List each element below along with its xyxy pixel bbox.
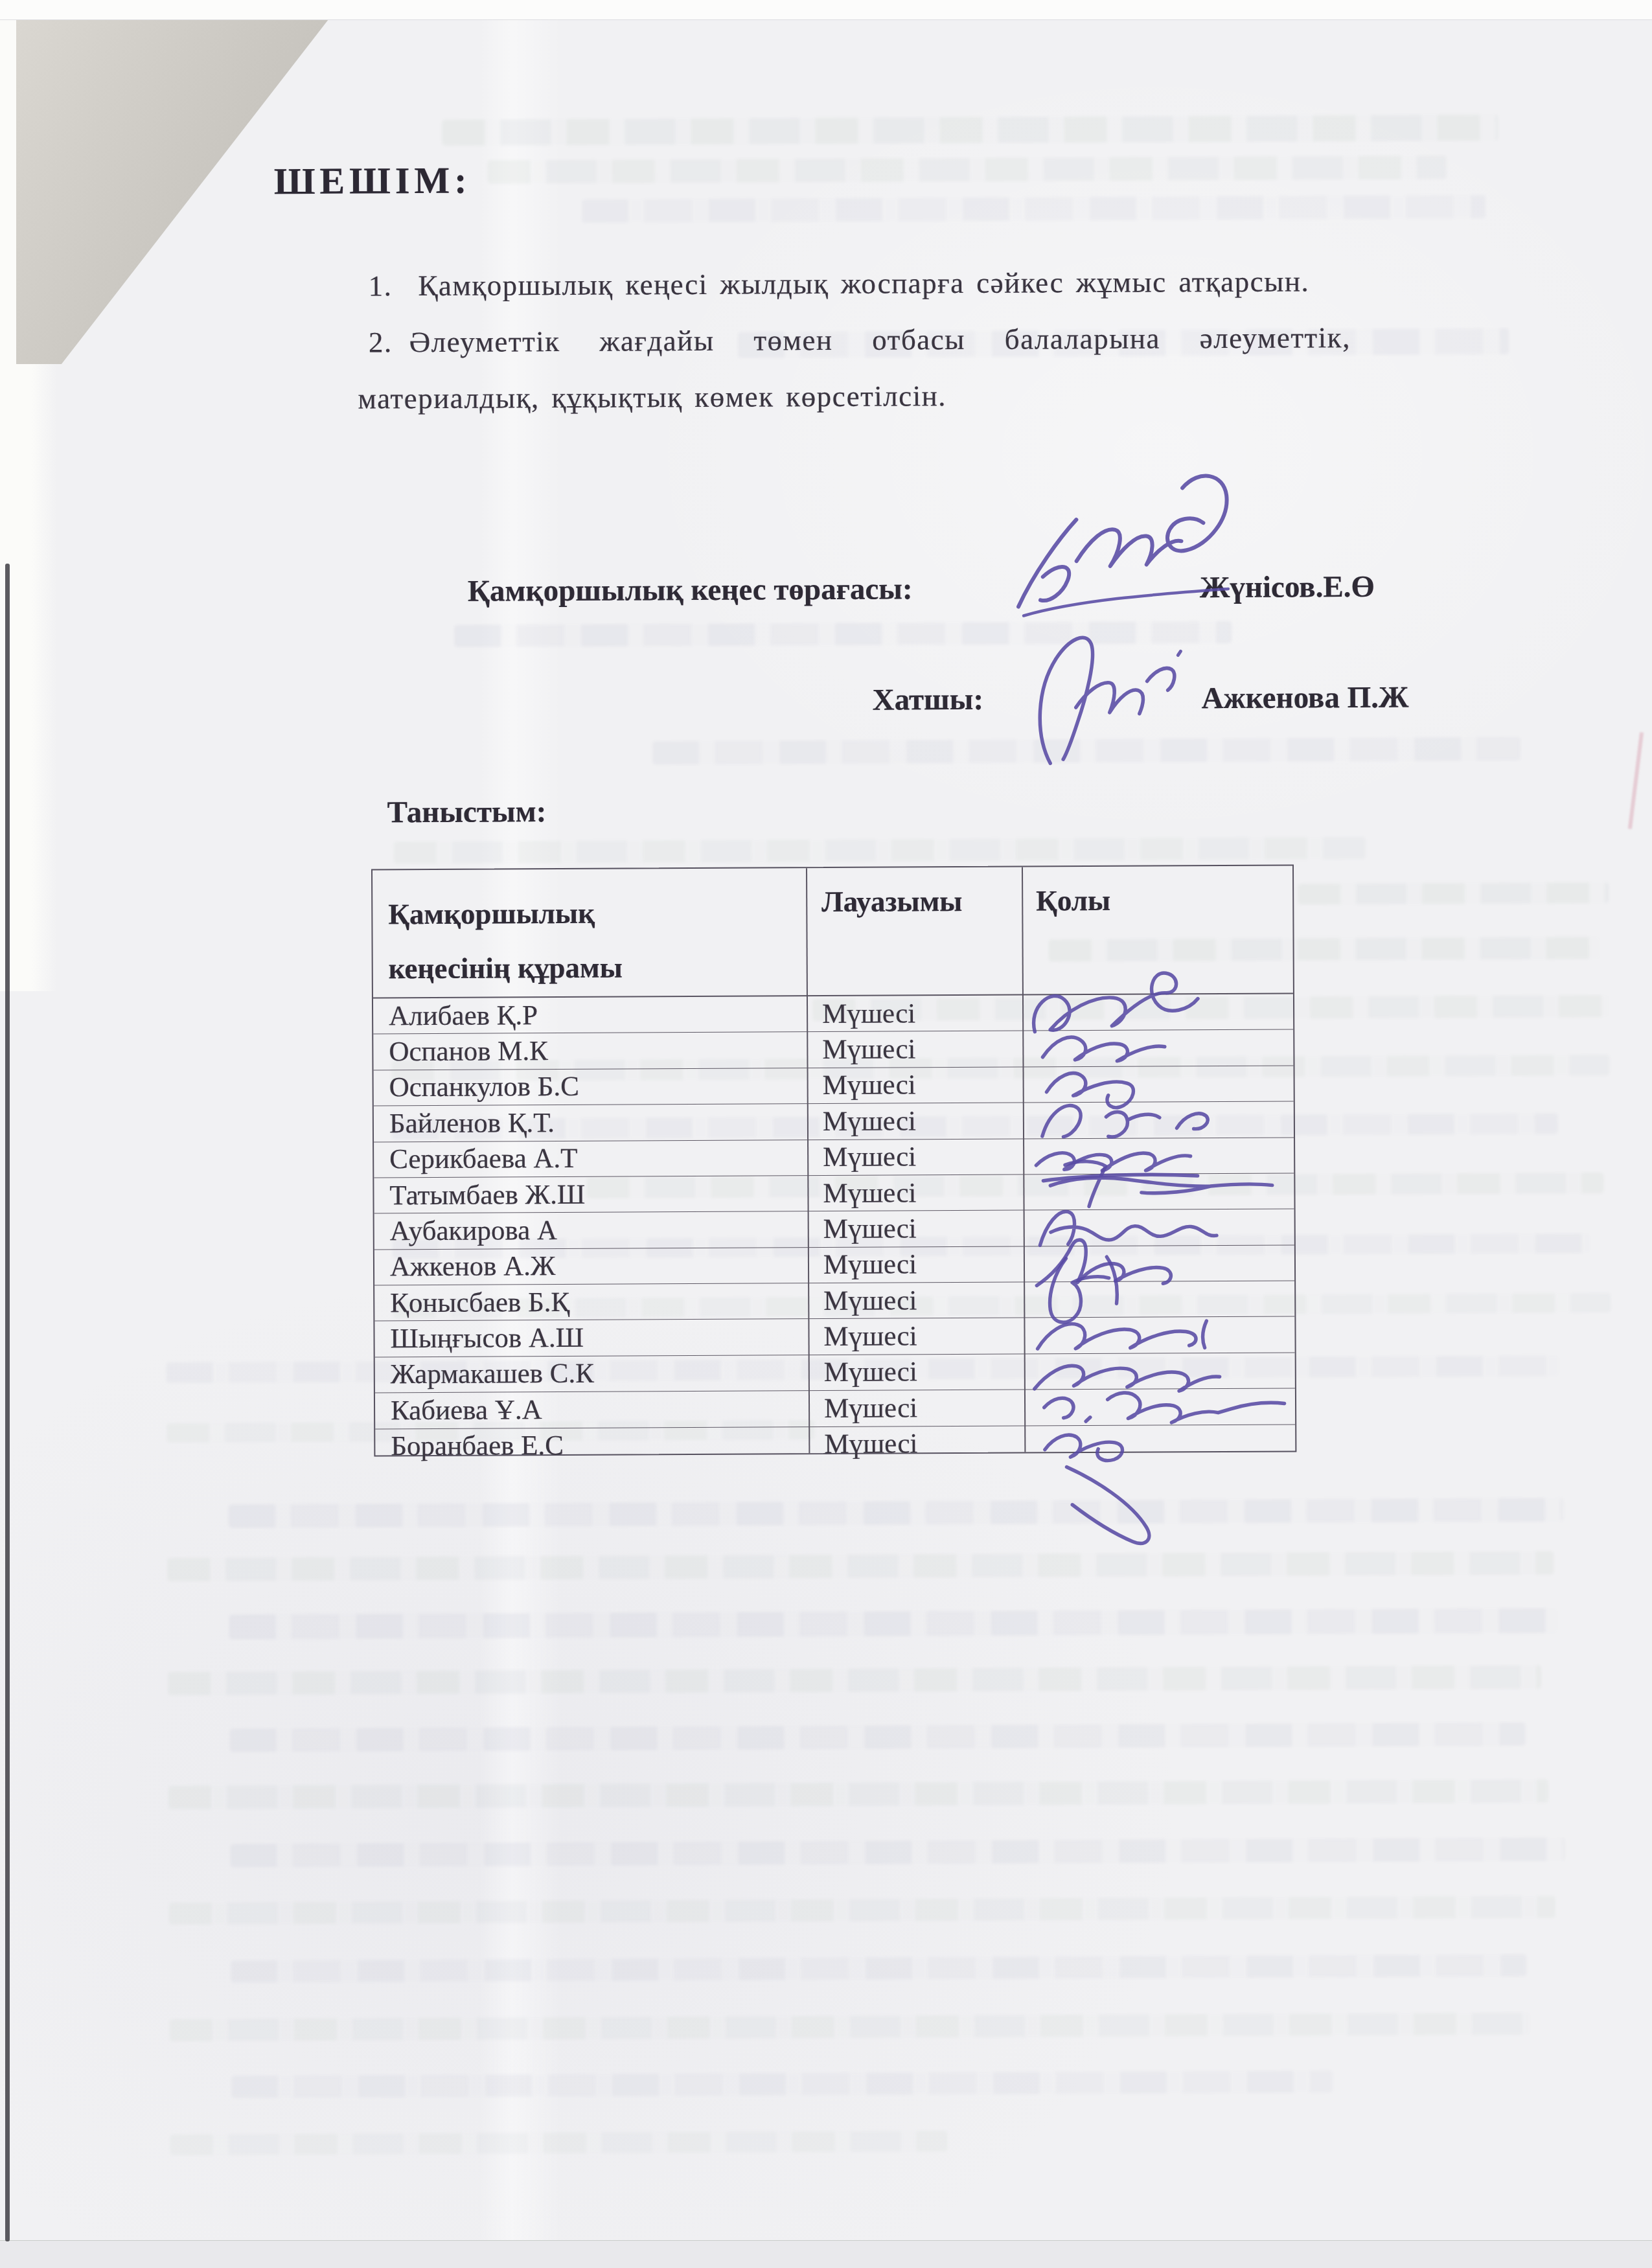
bleed-through-line [168,1780,1548,1809]
member-position: Мүшесі [822,1031,1016,1068]
chairman-label: Қамқоршылық кеңес төрағасы: [468,571,913,608]
member-name: Алибаев Қ.Р [389,996,797,1033]
document-sheet: ШЕШІМ: 1.Қамқоршылық кеңесі жылдық жоспа… [0,0,1652,2268]
member-position: Мүшесі [822,996,1016,1032]
member-name: Байленов Қ.Т. [389,1104,797,1141]
table-header-signature: Қолы [1036,884,1110,918]
member-position: Мүшесі [823,1246,1018,1283]
secretary-name: Ажкенова П.Ж [1202,680,1409,716]
member-name: Татымбаев Ж.Ш [389,1176,797,1213]
member-name: Серикбаева А.Т [389,1140,797,1177]
scanner-top-edge [0,0,1652,20]
decision-heading: ШЕШІМ: [274,159,472,203]
bleed-through-line [169,1896,1555,1925]
member-position: Мүшесі [823,1067,1017,1103]
decision-item-1: 1.Қамқоршылық кеңесі жылдық жоспарға сәй… [368,264,1309,303]
scan-edge-shadow [5,564,10,2241]
table-header-position: Лауазымы [821,884,962,919]
bleed-through-line [170,2131,948,2155]
member-name: Боранбаев Е.С [391,1427,799,1464]
decision-item-2-line-2: материалдық, құқықтық көмек көрсетілсін. [358,379,946,415]
bleed-through-line [229,1498,1563,1528]
member-name: Аубакирова А [390,1211,798,1248]
members-table: Қамқоршылық кеңесінің құрамы Лауазымы Қо… [371,864,1296,1456]
bleed-through-line [170,2013,1530,2041]
bleed-through-line [1298,882,1609,904]
member-position: Мүшесі [824,1390,1018,1426]
bleed-through-line [488,155,1447,183]
member-position: Мүшесі [823,1318,1018,1355]
bleed-through-line [167,1552,1554,1581]
bleed-through-line [230,1837,1565,1867]
bleed-through-line [229,1608,1557,1639]
member-name: Шыңғысов А.Ш [390,1320,798,1357]
item-text: Қамқоршылық кеңесі жылдық жоспарға сәйке… [418,265,1309,302]
member-name: Кабиева Ұ.А [391,1391,799,1428]
table-body: Алибаев Қ.РМүшесіОспанов М.КМүшесіОспанк… [373,994,1295,1464]
bleed-through-line [394,837,1366,864]
member-name: Оспанов М.К [389,1033,797,1070]
bleed-through-line [231,2070,1333,2098]
bleed-through-line [442,115,1498,146]
member-position: Мүшесі [823,1211,1018,1247]
secretary-label: Хатшы: [873,682,984,718]
member-name: Жармакашев С.К [391,1355,799,1392]
member-position: Мүшесі [824,1354,1018,1390]
member-position: Мүшесі [823,1103,1017,1140]
decision-item-2-line-1: 2.Әлеуметтік жағдайы төмен отбасы балала… [369,321,1351,359]
member-position: Мүшесі [824,1426,1018,1462]
table-header-composition: Қамқоршылық кеңесінің құрамы [388,886,623,996]
member-position: Мүшесі [823,1174,1017,1211]
member-name: Ажкенов А.Ж [390,1248,798,1285]
table-row: Боранбаев Е.СМүшесі [375,1425,1295,1464]
bleed-through-line [168,1666,1541,1695]
item-number: 2. [369,325,393,359]
bleed-through-line [231,1954,1526,1983]
member-position: Мүшесі [823,1139,1017,1175]
secretary-signature [1008,593,1222,788]
bleed-through-line [229,1723,1525,1752]
member-name: Қонысбаев Б.Қ [390,1283,798,1320]
item-text: Әлеуметтік жағдайы төмен отбасы балалары… [409,321,1351,358]
member-position: Мүшесі [823,1283,1018,1319]
item-number: 1. [368,269,392,303]
signature-scribble [1022,1396,1236,1482]
member-name: Оспанкулов Б.С [389,1068,797,1105]
bleed-through-line [582,195,1486,223]
scanner-bottom-edge [0,2240,1652,2268]
member-signature-cell [1026,1425,1292,1461]
item-text: материалдық, құқықтық көмек көрсетілсін. [358,380,946,415]
acknowledgement-label: Таныстым: [387,794,546,830]
